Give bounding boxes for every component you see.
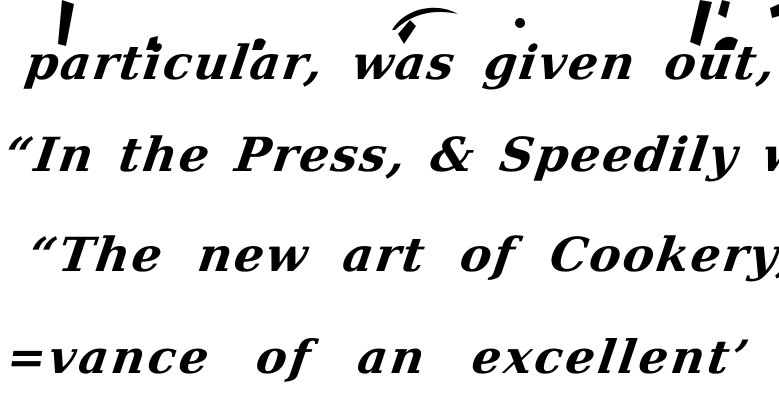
manuscript-line-2: “In the Press, & Speedily will be. bbox=[2, 128, 779, 183]
manuscript-line-1: particular, was given out, v bbox=[22, 36, 779, 91]
manuscript-line-4: =vance of an excellent’ fro bbox=[4, 330, 779, 384]
manuscript-page: particular, was given out, v “In the Pre… bbox=[0, 0, 779, 409]
manuscript-line-3: “The new art of Cookery; by h bbox=[26, 228, 779, 283]
